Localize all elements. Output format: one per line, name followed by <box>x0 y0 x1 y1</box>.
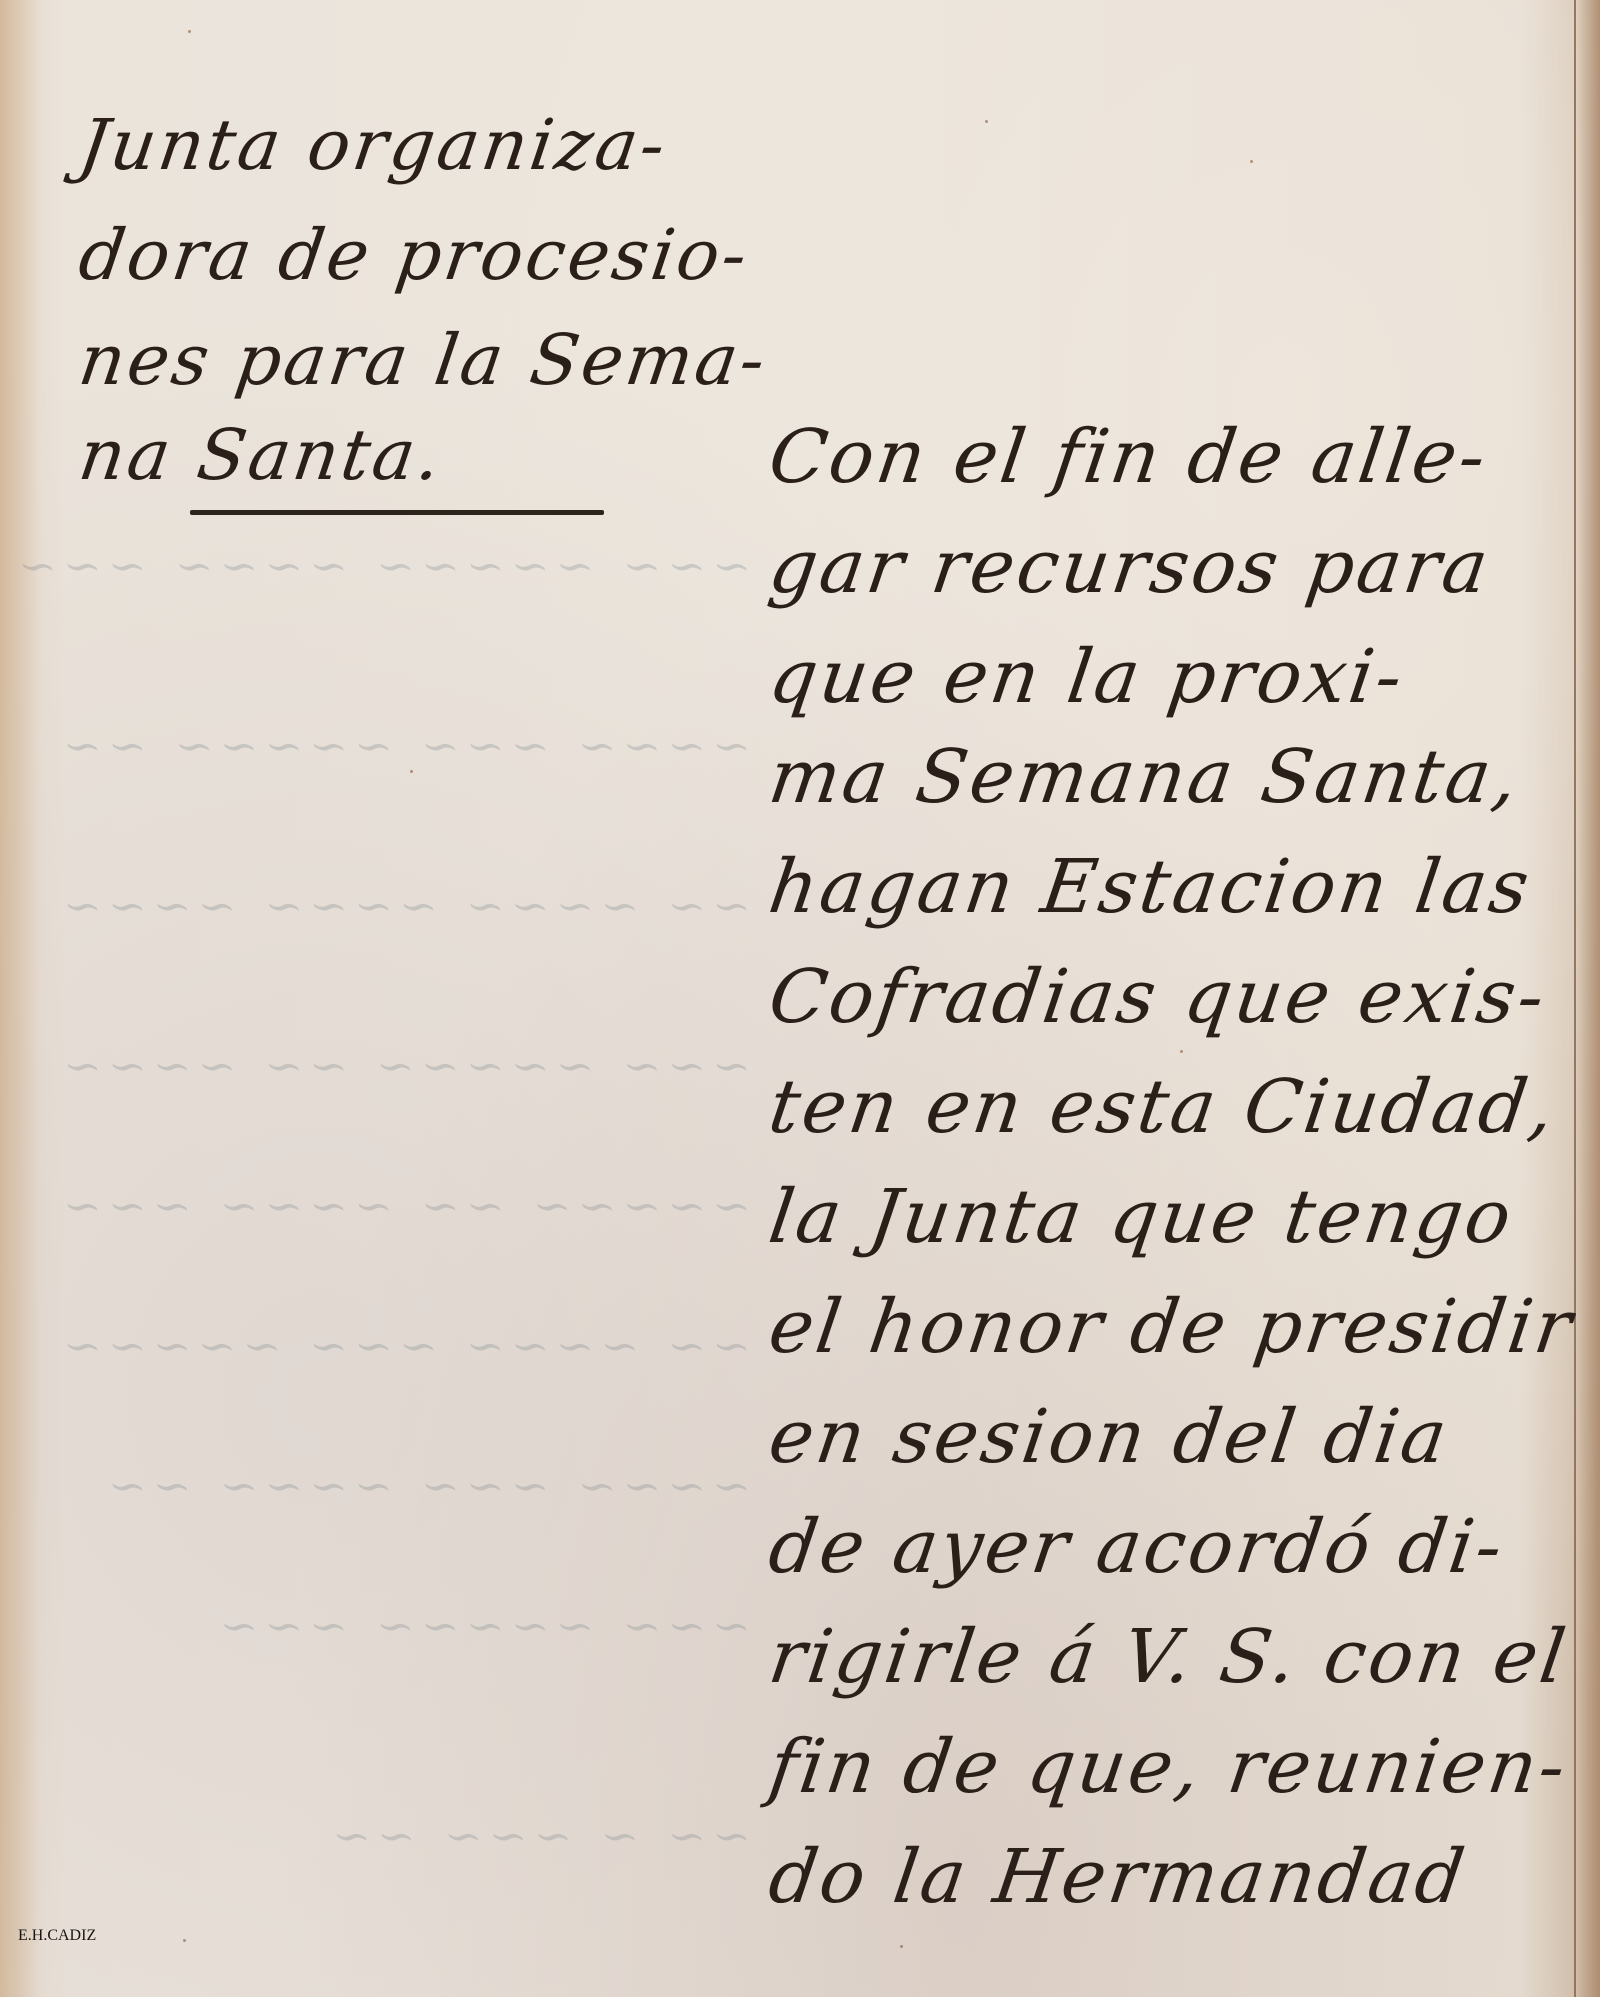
manuscript-page: ~~~ ~~~~~ ~~~~ ~~~ ~~~~ ~~~ ~~~~~ ~~ ~~ … <box>0 0 1600 1997</box>
paper-speck <box>410 770 413 773</box>
heading-underline <box>190 510 604 515</box>
body-line-5: hagan Estacion las <box>765 850 1536 924</box>
paper-speck <box>183 1939 186 1942</box>
body-line-3: que en la proxi- <box>765 640 1410 714</box>
heading-line-4: na Santa. <box>75 420 448 490</box>
paper-speck <box>188 30 191 33</box>
bleed-through-line: ~~ ~ ~~~ ~~ <box>27 1830 752 1844</box>
paper-speck <box>1250 160 1253 163</box>
bleed-through-line: ~~~~ ~~~ ~~~~~ ~~ <box>27 740 752 754</box>
body-line-8: la Junta que tengo <box>765 1180 1519 1254</box>
bleed-through-line: ~~~~ ~~~ ~~~~ ~~ <box>27 1480 752 1494</box>
body-line-10: en sesion del dia <box>765 1400 1454 1474</box>
body-line-1: Con el fin de alle- <box>765 420 1493 494</box>
bleed-through-line: ~~~ ~~~~~ ~~~~ ~~~ <box>27 560 752 574</box>
bleed-through-line: ~~ ~~~~ ~~~ ~~~~~ <box>27 1340 752 1354</box>
body-line-6: Cofradias que exis- <box>765 960 1552 1034</box>
archive-watermark: E.H.CADIZ <box>18 1927 96 1945</box>
heading-line-1: Junta organiza- <box>75 110 672 180</box>
body-line-12: rigirle á V. S. con el <box>765 1620 1573 1694</box>
bleed-through-line: ~~~~~ ~~ ~~~~ ~~~ <box>27 1200 752 1214</box>
bleed-through-line: ~~~ ~~~~~ ~~~ <box>27 1620 752 1634</box>
heading-line-2: dora de procesio- <box>75 220 754 290</box>
body-line-7: ten en esta Ciudad, <box>765 1070 1562 1144</box>
body-line-9: el honor de presidir <box>765 1290 1579 1364</box>
body-line-14: do la Hermandad <box>765 1840 1472 1914</box>
paper-speck <box>1180 1050 1183 1053</box>
bleed-through-line: ~~ ~~~~ ~~~~ ~~~~ <box>27 900 752 914</box>
heading-line-3: nes para la Sema- <box>75 325 772 395</box>
body-line-13: fin de que, reunien- <box>765 1730 1573 1804</box>
paper-speck <box>985 120 988 123</box>
body-line-2: gar recursos para <box>765 530 1495 604</box>
binding-edge <box>0 0 40 1997</box>
body-line-4: ma Semana Santa, <box>765 740 1525 814</box>
bleed-through-line: ~~~ ~~~~~ ~~ ~~~~ <box>27 1060 752 1074</box>
page-right-edge <box>1574 0 1600 1997</box>
paper-speck <box>900 1945 903 1948</box>
body-line-11: de ayer acordó di- <box>765 1510 1510 1584</box>
